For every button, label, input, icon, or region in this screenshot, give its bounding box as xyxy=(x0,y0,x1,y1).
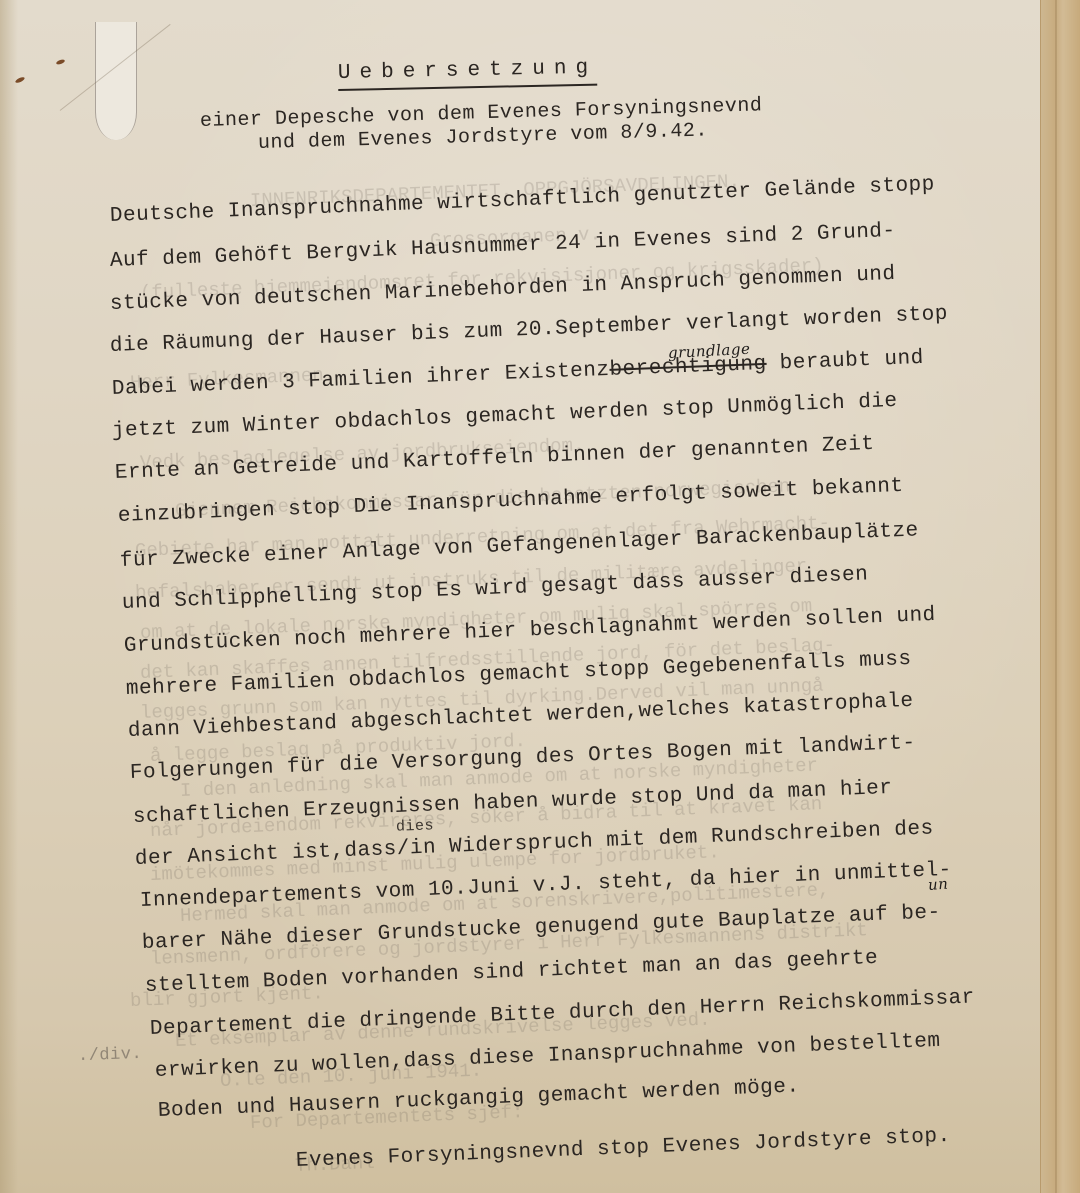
body-line: jetzt zum Winter obdachlos gemacht werde… xyxy=(112,390,898,443)
body-line: Boden und Hausern ruckgangig gemacht wer… xyxy=(158,1075,800,1123)
handwritten-insert-un: un xyxy=(927,875,949,894)
body-line: Folgerungen für die Versorgung des Ortes… xyxy=(130,732,916,785)
body-line: stelltem Boden vorhanden sind richtet ma… xyxy=(145,947,879,998)
body-line: stücke von deutschen Marinebehorden in A… xyxy=(110,263,896,316)
page-edge-strip xyxy=(1040,0,1080,1193)
body-line: einzubringen stop Die Inanspruchnahme er… xyxy=(118,475,904,528)
body-line-tail: beraubt und xyxy=(766,347,924,376)
margin-note: ./div. xyxy=(78,1045,143,1066)
document-photo: INNENRIKSDEPARTEMENTET. OPPGJÖRSAVDELING… xyxy=(0,0,1080,1193)
body-line: barer Nähe dieser Grundstucke genugend g… xyxy=(142,901,942,955)
body-line: der Ansicht ist,dass/in Widerspruch mit … xyxy=(135,817,935,871)
body-line: Deutsche Inanspruchnahme wirtschaftlich … xyxy=(110,173,936,228)
body-line: dann Viehbestand abgeschlachtet werden,w… xyxy=(128,690,914,743)
body-line-text: Dabei werden 3 Familien ihrer Existenz xyxy=(112,359,610,401)
body-line: schaftlichen Erzeugnissen haben wurde st… xyxy=(133,777,893,829)
body-line: Ernte an Getreide und Kartoffeln binnen … xyxy=(115,433,875,485)
body-line: Grundstücken noch mehrere hier beschlagn… xyxy=(124,604,937,658)
body-line: erwirken zu wollen,dass diese Inanspruch… xyxy=(155,1030,941,1083)
body-line: für Zwecke einer Anlage von Gefangenenla… xyxy=(120,519,920,573)
typewritten-document: Uebersetzung einer Depesche von dem Even… xyxy=(0,0,1045,1193)
typed-insert-dies: dies xyxy=(396,817,435,835)
body-line: und Schlipphelling stop Es wird gesagt d… xyxy=(122,563,869,615)
signature-line: Evenes Forsyningsnevnd stop Evenes Jords… xyxy=(296,1125,952,1173)
body-line: mehrere Familien obdachlos gemacht stopp… xyxy=(126,648,912,701)
document-title: Uebersetzung xyxy=(338,57,598,91)
body-line: Auf dem Gehöft Bergvik Hausnummer 24 in … xyxy=(110,220,896,273)
